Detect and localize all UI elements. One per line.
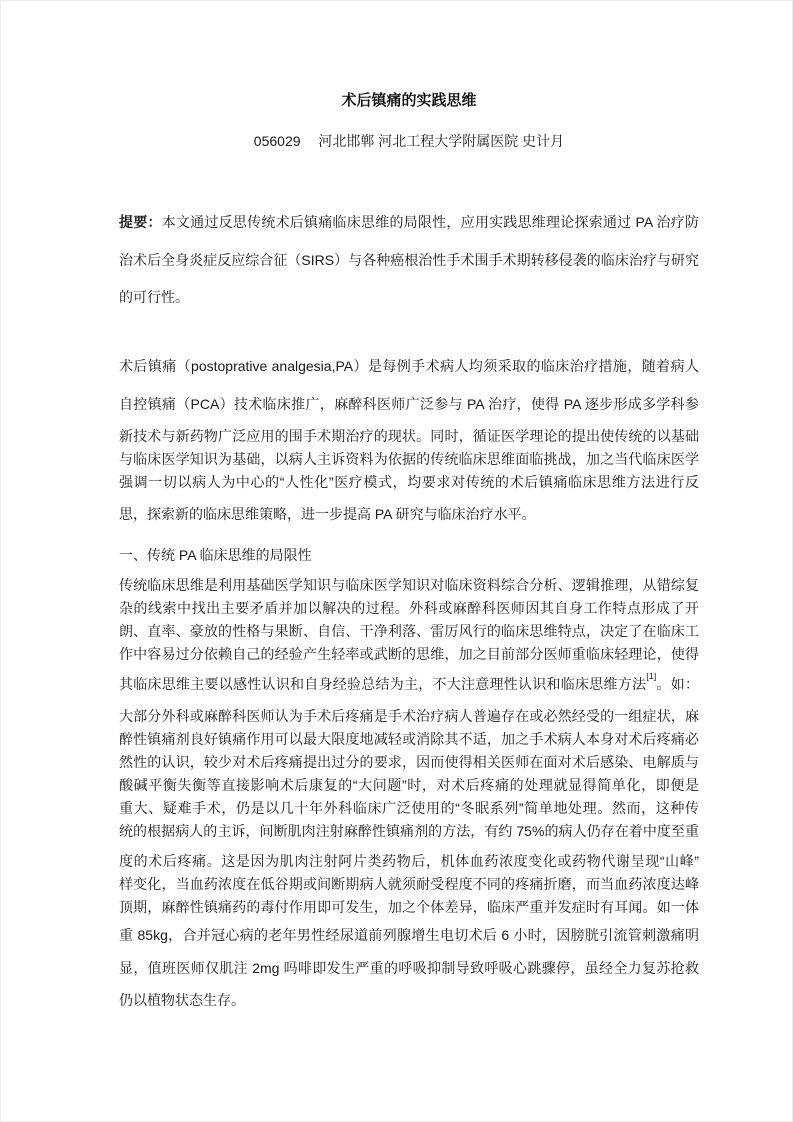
text-run: 治术后全身炎症反应综合征（SIRS）与各种癌根治性手术围手术期转移侵袭的临床治疗… [119,252,699,268]
text-line: 仍以植物状态生存。 [119,989,699,1012]
text-run: 醉性镇痛剂良好镇痛作用可以最大限度地减轻或消除其不适，加之手术病人本身对术后疼痛… [119,731,699,747]
text-line: 自控镇痛（PCA）技术临床推广，麻醉科医师广泛参与 PA 治疗，使得 PA 逐步… [119,393,699,416]
text-line: 朗、直率、豪放的性格与果断、自信、干净利落、雷厉风行的临床思维特点，决定了在临床… [119,620,699,643]
text-line: 思，探索新的临床思维策略，进一步提高 PA 研究与临床治疗水平。 [119,503,699,526]
text-line: 杂的线索中找出主要矛盾并加以解决的过程。外科或麻醉科医师因其自身工作特点形成了开 [119,597,699,620]
text-run: 度的术后疼痛。这是因为肌肉注射阿片类药物后，机体血药浓度变化或药物代谢呈现“山峰… [119,853,699,869]
text-run: 顶期，麻醉性镇痛药的毒付作用即可发生，加之个体差异，临床严重并发症时有耳闻。如一… [119,899,699,915]
text-run: 术后镇痛（postoprative analgesia,PA）是每例手术病人均须… [119,358,699,374]
text-run: 然性的认识，较少对术后疼痛提出过分的要求，因而使得相关医师在面对术后感染、电解质… [119,754,699,770]
text-run: 强调一切以病人为中心的“人性化”医疗模式，均要求对传统的术后镇痛临床思维方法进行… [119,474,699,490]
text-run: 作中容易过分依赖自己的经验产生轻率或武断的思维，加之目前部分医师重临床轻理论，使… [119,646,699,662]
text-run: 重 85kg，合并冠心病的老年男性经尿道前列腺增生电切术后 6 小时，因膀胱引流… [119,927,699,943]
text-line: 传统临床思维是利用基础医学知识与临床医学知识对临床资料综合分析、逻辑推理，从错综… [119,574,699,597]
document-page: 术后镇痛的实践思维 056029 河北邯郸 河北工程大学附属医院 史计月 提要：… [0,0,793,1122]
text-line: 大部分外科或麻醉科医师认为手术后疼痛是手术治疗病人普遍存在或必然经受的一组症状，… [119,705,699,728]
text-line: 顶期，麻醉性镇痛药的毒付作用即可发生，加之个体差异，临床严重并发症时有耳闻。如一… [119,896,699,919]
document-title: 术后镇痛的实践思维 [119,89,699,112]
text-line: 显，值班医师仅肌注 2mg 吗啡即发生严重的呼吸抑制导致呼吸心跳骤停，虽经全力复… [119,957,699,980]
text-run: 思，探索新的临床思维策略，进一步提高 PA 研究与临床治疗水平。 [119,506,536,522]
text-line: 术后镇痛（postoprative analgesia,PA）是每例手术病人均须… [119,355,699,378]
text-line: 一、传统 PA 临床思维的局限性 [119,544,699,567]
text-line: 治术后全身炎症反应综合征（SIRS）与各种癌根治性手术围手术期转移侵袭的临床治疗… [119,249,699,272]
text-run: 酸碱平衡失衡等直接影响术后康复的“大问题”时，对术后疼痛的处理就显得简单化，即便… [119,777,699,793]
text-run: 。如： [656,676,699,692]
text-line: 然性的认识，较少对术后疼痛提出过分的要求，因而使得相关医师在面对术后感染、电解质… [119,751,699,774]
text-run: 新技术与新药物广泛应用的围手术期治疗的现状。同时，循证医学理论的提出使传统的以基… [119,428,699,444]
text-line: 样变化，当血药浓度在低谷期或间断期病人就须耐受程度不同的疼痛折磨，而当血药浓度达… [119,873,699,896]
text-run: 与临床医学知识为基础，以病人主诉资料为依据的传统临床思维面临挑战，加之当代临床医… [119,451,699,467]
document-body: 提要：本文通过反思传统术后镇痛临床思维的局限性，应用实践思维理论探索通过 PA … [119,211,699,1012]
document-content-column: 术后镇痛的实践思维 056029 河北邯郸 河北工程大学附属医院 史计月 提要：… [119,1,699,1012]
text-run: 朗、直率、豪放的性格与果断、自信、干净利落、雷厉风行的临床思维特点，决定了在临床… [119,623,699,639]
body-paragraph-1: 术后镇痛（postoprative analgesia,PA）是每例手术病人均须… [119,355,699,526]
text-line: 新技术与新药物广泛应用的围手术期治疗的现状。同时，循证医学理论的提出使传统的以基… [119,425,699,448]
text-line: 重大、疑难手术，仍是以几十年外科临床广泛使用的“冬眠系列”简单地处理。然而，这种… [119,797,699,820]
text-run: 传统临床思维是利用基础医学知识与临床医学知识对临床资料综合分析、逻辑推理，从错综… [119,577,699,593]
text-run: 杂的线索中找出主要矛盾并加以解决的过程。外科或麻醉科医师因其自身工作特点形成了开 [119,600,699,616]
text-line: 度的术后疼痛。这是因为肌肉注射阿片类药物后，机体血药浓度变化或药物代谢呈现“山峰… [119,850,699,873]
text-line: 统的根据病人的主诉，间断肌肉注射麻醉性镇痛剂的方法，有约 75%的病人仍存在着中… [119,820,699,843]
text-line: 提要：本文通过反思传统术后镇痛临床思维的局限性，应用实践思维理论探索通过 PA … [119,211,699,234]
reference-superscript: [1] [646,673,656,681]
text-run: 重大、疑难手术，仍是以几十年外科临床广泛使用的“冬眠系列”简单地处理。然而，这种… [119,800,699,816]
text-run: 一、传统 PA 临床思维的局限性 [119,547,312,563]
text-run: 的可行性。 [119,289,189,305]
text-line: 与临床医学知识为基础，以病人主诉资料为依据的传统临床思维面临挑战，加之当代临床医… [119,448,699,471]
text-run: 统的根据病人的主诉，间断肌肉注射麻醉性镇痛剂的方法，有约 75%的病人仍存在着中… [119,823,699,839]
text-run: 自控镇痛（PCA）技术临床推广，麻醉科医师广泛参与 PA 治疗，使得 PA 逐步… [119,396,699,416]
text-line: 醉性镇痛剂良好镇痛作用可以最大限度地减轻或消除其不适，加之手术病人本身对术后疼痛… [119,728,699,751]
abstract-paragraph: 提要：本文通过反思传统术后镇痛临床思维的局限性，应用实践思维理论探索通过 PA … [119,211,699,309]
section-heading-1: 一、传统 PA 临床思维的局限性 [119,544,699,567]
text-line: 的可行性。 [119,286,699,309]
body-paragraph-2: 传统临床思维是利用基础医学知识与临床医学知识对临床资料综合分析、逻辑推理，从错综… [119,574,699,1012]
text-line: 重 85kg，合并冠心病的老年男性经尿道前列腺增生电切术后 6 小时，因膀胱引流… [119,924,699,947]
text-run: 样变化，当血药浓度在低谷期或间断期病人就须耐受程度不同的疼痛折磨，而当血药浓度达… [119,876,699,892]
text-line: 其临床思维主要以感性认识和自身经验总结为主，不大注意理性认识和临床思维方法[1]… [119,673,699,696]
bold-run: 提要： [119,214,162,230]
text-run: 仍以植物状态生存。 [119,992,245,1008]
text-run: 本文通过反思传统术后镇痛临床思维的局限性，应用实践思维理论探索通过 PA 治疗防 [162,214,699,230]
document-byline: 056029 河北邯郸 河北工程大学附属医院 史计月 [119,130,699,153]
text-line: 作中容易过分依赖自己的经验产生轻率或武断的思维，加之目前部分医师重临床轻理论，使… [119,643,699,666]
text-line: 强调一切以病人为中心的“人性化”医疗模式，均要求对传统的术后镇痛临床思维方法进行… [119,471,699,494]
text-run: 其临床思维主要以感性认识和自身经验总结为主，不大注意理性认识和临床思维方法 [119,676,646,692]
text-line: 酸碱平衡失衡等直接影响术后康复的“大问题”时，对术后疼痛的处理就显得简单化，即便… [119,774,699,797]
text-run: 大部分外科或麻醉科医师认为手术后疼痛是手术治疗病人普遍存在或必然经受的一组症状，… [119,708,699,724]
text-run: 显，值班医师仅肌注 2mg 吗啡即发生严重的呼吸抑制导致呼吸心跳骤停，虽经全力复… [119,960,699,976]
